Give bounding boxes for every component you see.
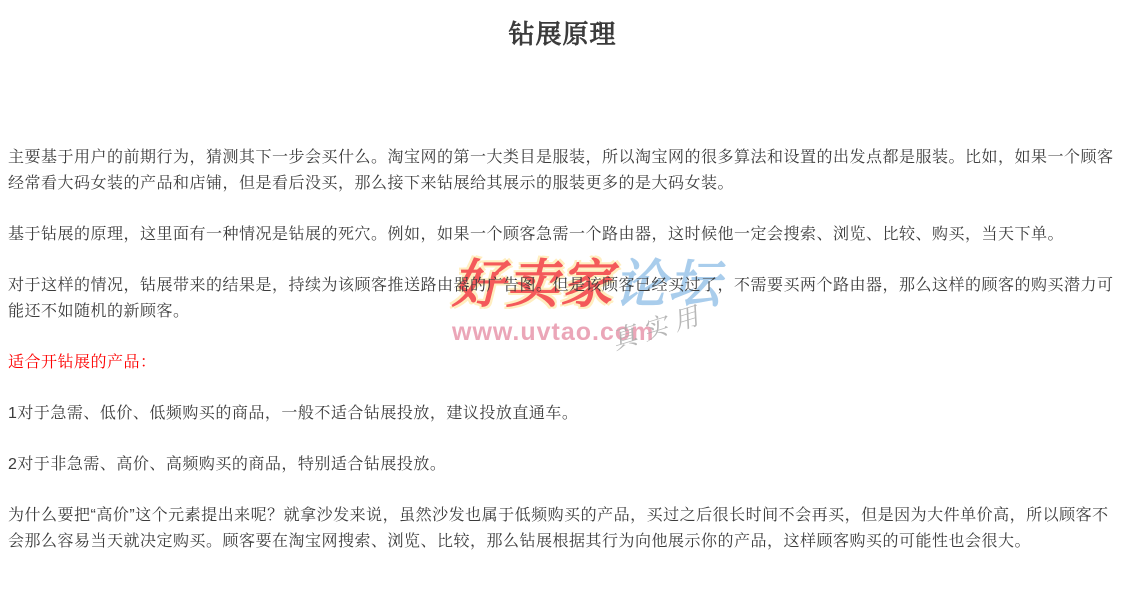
- paragraph: 主要基于用户的前期行为，猜测其下一步会买什么。淘宝网的第一大类目是服装，所以淘宝…: [8, 145, 1117, 197]
- document-page: 钻展原理 好卖家论坛 www.uvtao.com 真实用 主要基于用户的前期行为…: [0, 0, 1125, 602]
- article-body: 主要基于用户的前期行为，猜测其下一步会买什么。淘宝网的第一大类目是服装，所以淘宝…: [0, 145, 1125, 555]
- paragraph: 2对于非急需、高价、高频购买的商品，特别适合钻展投放。: [8, 452, 1117, 478]
- page-title: 钻展原理: [0, 14, 1125, 51]
- paragraph: 1对于急需、低价、低频购买的商品，一般不适合钻展投放，建议投放直通车。: [8, 401, 1117, 427]
- paragraph: 对于这样的情况，钻展带来的结果是，持续为该顾客推送路由器的广告图。但是该顾客已经…: [8, 273, 1117, 325]
- paragraph: 为什么要把“高价”这个元素提出来呢？就拿沙发来说，虽然沙发也属于低频购买的产品，…: [8, 503, 1117, 555]
- paragraph: 基于钻展的原理，这里面有一种情况是钻展的死穴。例如，如果一个顾客急需一个路由器，…: [8, 222, 1117, 248]
- section-heading-red: 适合开钻展的产品：: [8, 350, 1117, 376]
